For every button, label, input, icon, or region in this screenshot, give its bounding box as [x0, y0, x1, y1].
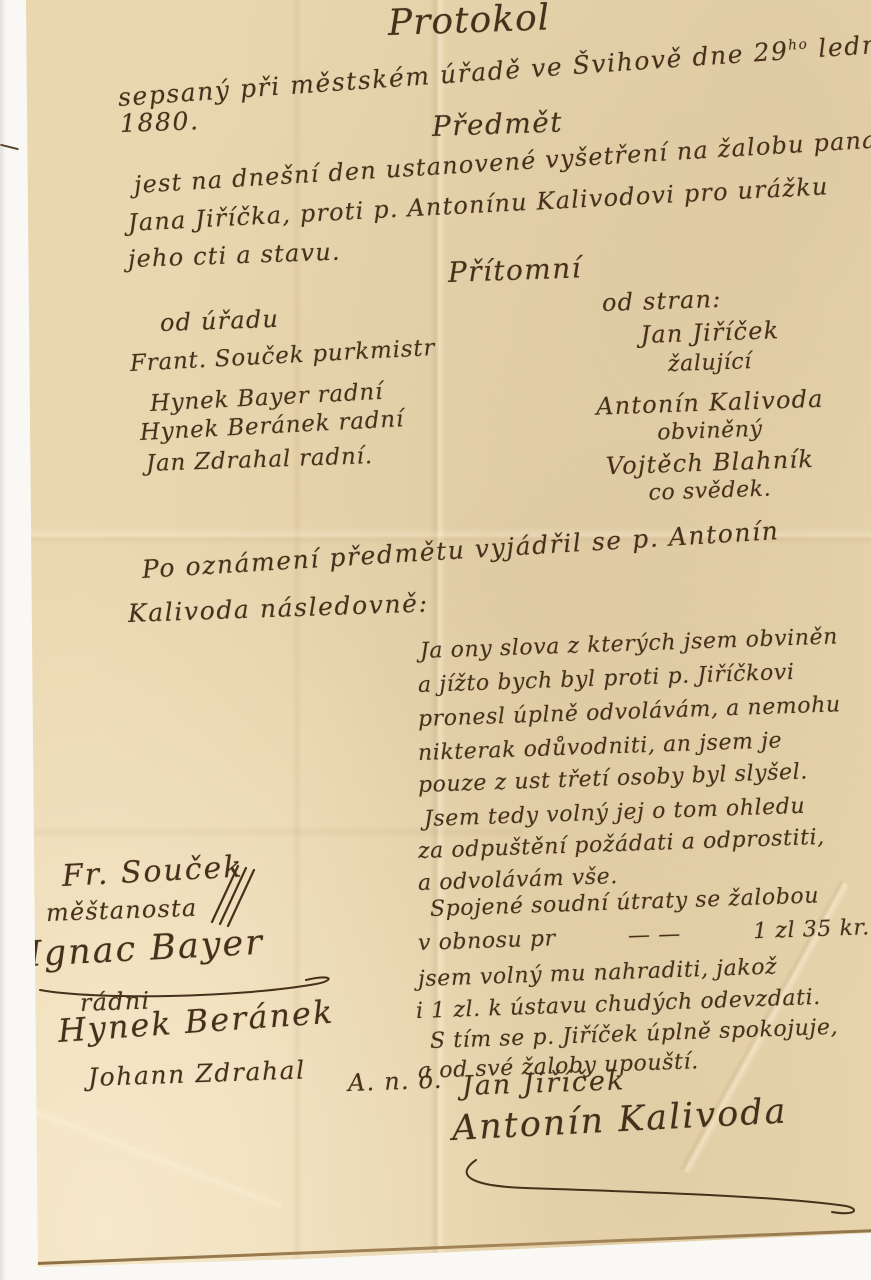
intro-line-3: jeho cti a stavu. — [128, 239, 342, 273]
party-entry-5: Vojtěch Blahník — [585, 445, 836, 480]
signature-zdrahal: Johann Zdrahal — [88, 1056, 307, 1091]
vertical-fold-crease-2 — [292, 0, 302, 1280]
party-entry-3: Antonín Kalivoda — [585, 385, 836, 420]
date-year: 1880. — [120, 107, 200, 137]
party-entry-1: Jan Jiříček — [585, 315, 836, 350]
date-line-prefix: sepsaný při městském úřadě ve Švihově dn… — [117, 36, 790, 112]
statement-line-2: a jížto bych byl proti p. Jiříčkovi — [418, 661, 795, 698]
costs-amount-row: v obnosu pr — — 1 zl 35 kr. — [418, 916, 871, 956]
signature-jiricek: Jan Jiříček — [461, 1066, 625, 1101]
parties-header: od stran: — [602, 286, 722, 317]
bayer-underline-flourish — [36, 972, 346, 1002]
statement-intro-line-2: Kalivoda následovně: — [128, 590, 430, 628]
statement-intro-line-1: Po oznámení předmětu vyjádřil se p. Anto… — [141, 517, 780, 583]
costs-amount-label: v obnosu pr — [418, 927, 557, 956]
kalivoda-underline-flourish — [446, 1152, 866, 1232]
date-line-suffix: ledna — [808, 29, 871, 64]
statement2-line-1: jsem volný mu nahraditi, jakož — [418, 955, 778, 992]
soucek-paraph-flourish — [198, 860, 258, 930]
statement-line-5: pouze z ust třetí osoby byl slyšel. — [418, 760, 809, 798]
document-title: Protokol — [387, 0, 551, 44]
party-entry-4: obviněný — [585, 415, 836, 448]
costs-amount-dashes: — — — [628, 923, 682, 949]
heading-subject: Předmět — [431, 107, 563, 142]
party-entry-6: co svědek. — [585, 475, 836, 508]
date-line-superscript: ho — [788, 36, 809, 53]
statement-line-7: za odpuštění požádati a odprostiti, — [418, 826, 826, 864]
heading-present: Přítomní — [447, 253, 582, 288]
signature-kalivoda: Antonín Kalivoda — [451, 1092, 788, 1148]
officials-header: od úřadu — [160, 306, 280, 337]
signature-bayer: Ignac Bayer — [27, 924, 265, 975]
costs-amount-value: 1 zl 35 kr. — [753, 916, 870, 944]
statement-line-4: nikterak odůvodniti, an jsem je — [418, 729, 783, 766]
margin-note: A. n. ó. — [348, 1067, 443, 1097]
statement-line-1: Ja ony slova z kterých jsem obviněn — [420, 625, 839, 664]
date-line: sepsaný při městském úřadě ve Švihově dn… — [117, 30, 871, 112]
statement-line-3: pronesl úplně odvolávám, a nemohu — [418, 693, 842, 732]
official-entry-4: Jan Zdrahal radní. — [146, 444, 374, 477]
diagonal-crease-bottom-left — [17, 1100, 283, 1212]
official-entry-1: Frant. Souček purkmistr — [129, 336, 435, 377]
document-paper: Protokol sepsaný při městském úřadě ve Š… — [0, 0, 871, 1280]
stray-ink-mark — [0, 144, 19, 151]
party-entry-2: žalující — [585, 347, 836, 380]
signature-soucek-title: měštanosta — [46, 895, 198, 927]
paper-bottom-edge — [36, 1229, 871, 1265]
